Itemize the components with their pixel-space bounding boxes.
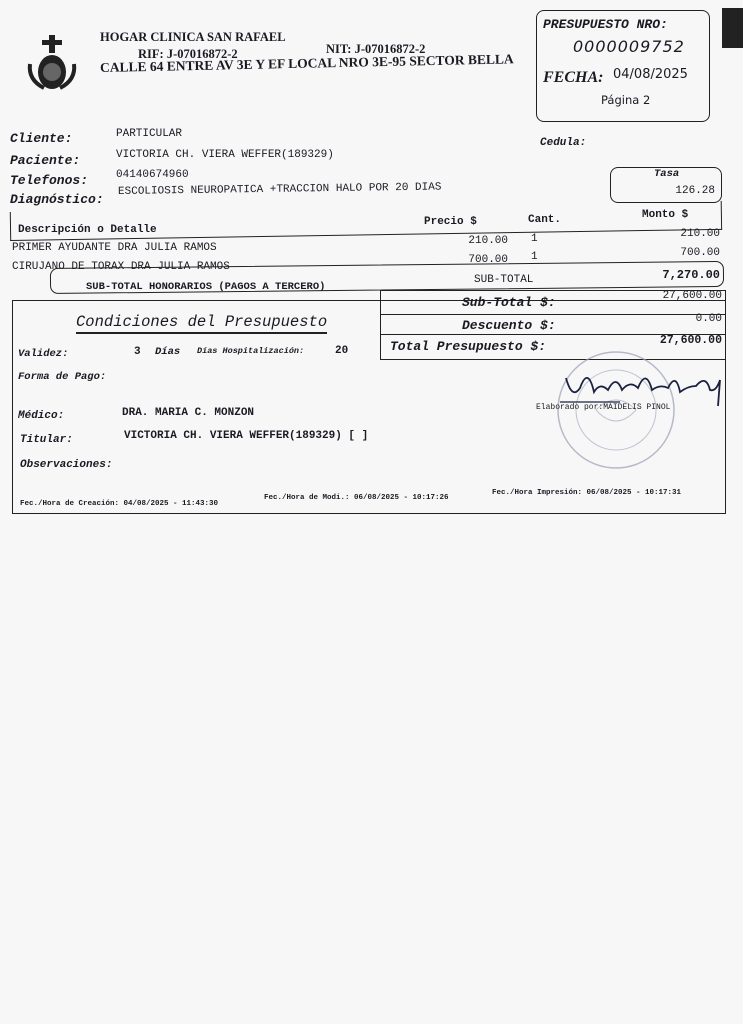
- table-row-1-amount: 700.00: [640, 247, 720, 259]
- table-row-0-price: 210.00: [440, 235, 508, 247]
- discount-value: 0.00: [610, 313, 722, 325]
- table-row-0-amount: 210.00: [640, 228, 720, 240]
- budget-number: 0000009752: [573, 37, 685, 56]
- doctor-label: Médico:: [18, 410, 64, 422]
- rate-label: Tasa: [654, 168, 679, 180]
- payment-label: Forma de Pago:: [18, 371, 106, 383]
- prepared-by: Elaborado por:MAIDELIS PINOL: [536, 403, 670, 412]
- conditions-title: Condiciones del Presupuesto: [76, 313, 327, 334]
- observations-label: Observaciones:: [20, 459, 112, 471]
- org-name: HOGAR CLINICA SAN RAFAEL: [100, 30, 286, 45]
- header-qty: Cant.: [528, 214, 561, 226]
- phones: 04140674960: [116, 169, 189, 181]
- cedula-label: Cedula:: [540, 137, 586, 149]
- totals-subtotal: 27,600.00: [610, 290, 722, 302]
- table-row-0-description: PRIMER AYUDANTE DRA JULIA RAMOS: [12, 242, 217, 254]
- cross-crest-logo-icon: [24, 32, 80, 94]
- total-label: Total Presupuesto $:: [390, 339, 546, 354]
- totals-subtotal-label: Sub-Total $:: [462, 295, 556, 310]
- discount-label: Descuento $:: [462, 318, 556, 333]
- rate-box: Tasa 126.28: [610, 167, 722, 203]
- date-label: FECHA:: [543, 69, 603, 87]
- holder: VICTORIA CH. VIERA WEFFER(189329) [ ]: [124, 430, 368, 442]
- table-row-0-qty: 1: [531, 233, 538, 245]
- client: PARTICULAR: [116, 128, 182, 140]
- phones-label: Telefonos:: [10, 173, 88, 188]
- validity-value: 3: [134, 346, 141, 358]
- edge-shadow: [722, 8, 743, 48]
- hosp-days-label: Días Hospitalización:: [197, 346, 304, 356]
- subtotal-label: SUB-TOTAL: [474, 274, 533, 286]
- budget-document: HOGAR CLINICA SAN RAFAEL RIF: J-07016872…: [0, 0, 743, 1024]
- client-label: Cliente:: [10, 131, 72, 146]
- budget-number-box: PRESUPUESTO NRO: 0000009752 FECHA: 04/08…: [536, 10, 710, 122]
- hosp-days: 20: [335, 345, 348, 357]
- fees-subtotal-label: SUB-TOTAL HONORARIOS (PAGOS A TERCERO): [86, 281, 325, 293]
- patient-label: Paciente:: [10, 153, 80, 168]
- diagnosis-label: Diagnóstico:: [10, 192, 104, 207]
- date: 04/08/2025: [613, 67, 688, 82]
- printed-timestamp: Fec./Hora Impresión: 06/08/2025 - 10:17:…: [492, 489, 681, 497]
- budget-number-label: PRESUPUESTO NRO:: [543, 17, 668, 32]
- holder-label: Titular:: [20, 434, 73, 446]
- modified-timestamp: Fec./Hora de Modi.: 06/08/2025 - 10:17:2…: [264, 494, 449, 502]
- header-price: Precio $: [424, 216, 477, 228]
- header-description: Descripción o Detalle: [18, 224, 157, 236]
- patient-name: VICTORIA CH. VIERA WEFFER(189329): [116, 149, 334, 161]
- page-number: Página 2: [601, 93, 650, 107]
- subtotal-value: 7,270.00: [620, 268, 720, 282]
- diagnosis: ESCOLIOSIS NEUROPATICA +TRACCION HALO PO…: [118, 181, 442, 198]
- header-amount: Monto $: [642, 209, 688, 221]
- validity-label: Validez:: [18, 348, 68, 360]
- doctor: DRA. MARIA C. MONZON: [122, 407, 254, 419]
- rate-value: 126.28: [675, 185, 715, 197]
- table-row-1-qty: 1: [531, 251, 538, 263]
- validity-unit: Días: [155, 346, 180, 358]
- created-timestamp: Fec./Hora de Creación: 04/08/2025 - 11:4…: [20, 500, 218, 508]
